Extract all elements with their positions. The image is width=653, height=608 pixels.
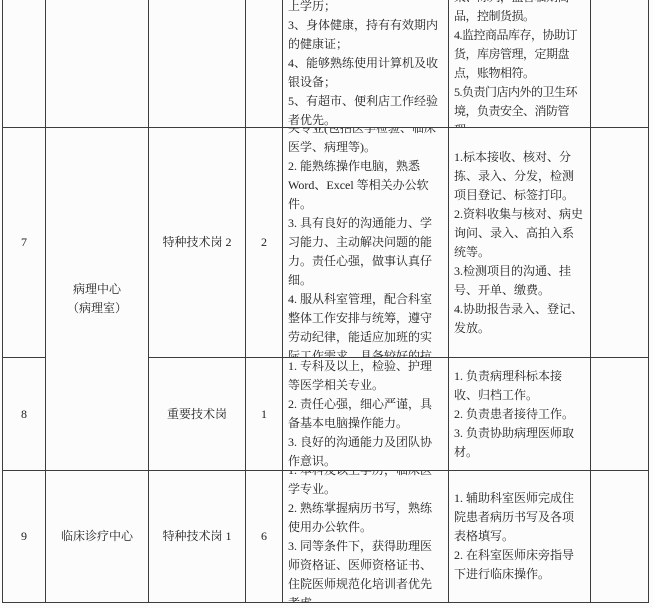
duties-cell: 1. 负责病理科标本接收、归档工作。 2. 负责患者接待工作。 3. 负责协助病… [449,358,590,470]
duties-text: 1. 负责病理科标本接收、归档工作。 2. 负责患者接待工作。 3. 负责协助病… [454,367,585,462]
remarks-cell [591,128,648,357]
count-cell: 6 [246,471,282,602]
requirements-text: 1. 专科及以上学历，医学相关专业(包括医学检验、临床医学、病理等)。 2. 能… [288,128,443,357]
seq-cell [3,0,45,127]
position-cell [149,0,245,127]
unit-cell: 临床诊疗中心 [46,471,148,602]
remarks-cell [591,471,648,602]
position-cell: 特种技术岗 1 [149,471,245,602]
requirements-text: 1. 本科及以上学历，临床医学专业。 2. 熟练掌握病历书写，熟练使用办公软件。… [288,471,443,602]
count-cell: 2 [246,128,282,357]
requirements-cell: 1. 本科及以上学历，临床医学专业。 2. 熟练掌握病历书写，熟练使用办公软件。… [283,471,448,602]
position-cell: 重要技术岗 [149,358,245,470]
requirements-cell: 1. 专科及以上，检验、护理等医学相关专业。 2. 责任心强，细心严谨，具备基本… [283,358,448,470]
requirements-text: 上学历； 3、身体健康，持有有效期内的健康证； 4、能够熟练使用计算机及收银设备… [288,0,443,127]
duties-text: 架、陈列，监督临期商品，控制货损。 4.监控商品库存，协助订货，库房管理，定期盘… [454,0,585,127]
duties-text: 1. 辅助科室医师完成住院患者病历书写及各项表格填写。 2. 在科室医师床旁指导… [454,489,585,584]
count-cell [246,0,282,127]
recruitment-table: 上学历； 3、身体健康，持有有效期内的健康证； 4、能够熟练使用计算机及收银设备… [2,0,649,603]
seq-cell: 7 [3,128,45,357]
position-cell: 特种技术岗 2 [149,128,245,357]
duties-text: 1.标本接收、核对、分拣、录入、分发，检测项目登记、标签打印。 2.资料收集与核… [454,148,585,338]
remarks-cell [591,358,648,470]
unit-cell [46,0,148,127]
remarks-cell [591,0,648,127]
requirements-cell: 1. 专科及以上学历，医学相关专业(包括医学检验、临床医学、病理等)。 2. 能… [283,128,448,357]
seq-cell: 8 [3,358,45,470]
duties-cell: 1. 辅助科室医师完成住院患者病历书写及各项表格填写。 2. 在科室医师床旁指导… [449,471,590,602]
unit-cell: 病理中心 （病理室） [46,128,148,470]
seq-cell: 9 [3,471,45,602]
requirements-text: 1. 专科及以上，检验、护理等医学相关专业。 2. 责任心强，细心严谨，具备基本… [288,358,443,470]
duties-cell: 1.标本接收、核对、分拣、录入、分发，检测项目登记、标签打印。 2.资料收集与核… [449,128,590,357]
duties-cell: 架、陈列，监督临期商品，控制货损。 4.监控商品库存，协助订货，库房管理，定期盘… [449,0,590,127]
count-cell: 1 [246,358,282,470]
requirements-cell: 上学历； 3、身体健康，持有有效期内的健康证； 4、能够熟练使用计算机及收银设备… [283,0,448,127]
